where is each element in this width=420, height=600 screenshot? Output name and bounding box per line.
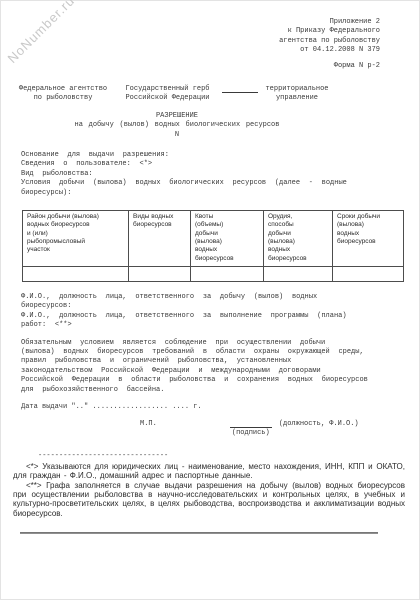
header-gear: Орудия, способы добычи (вылова) водных б… xyxy=(264,211,333,267)
footnote-1: <*> Указываются для юридических лиц - на… xyxy=(13,462,405,481)
header-quotas: Квоты (объемы) добычи (вылова) водных би… xyxy=(191,211,264,267)
responsible-persons-section: Ф.И.О., должность лица, ответственного з… xyxy=(21,293,405,331)
signature-row: М.П. (подпись) (должность, Ф.И.О.) xyxy=(140,420,420,438)
document-subtitle: на добычу (вылов) водных биологических р… xyxy=(21,121,333,130)
document-title-block: РАЗРЕШЕНИЕ на добычу (вылов) водных биол… xyxy=(21,112,333,140)
conditions-line: Условия добычи (вылова) водных биологиче… xyxy=(21,179,405,198)
letterhead-agency: Федеральное агентство по рыболовству xyxy=(13,85,113,104)
user-info-line: Сведения о пользователе: <*> xyxy=(21,160,405,169)
header-area: Район добычи (вылова) водных биоресурсов… xyxy=(23,211,129,267)
intro-section: Основание для выдачи разрешения: Сведени… xyxy=(21,151,405,198)
footnote-separator: ------------------------------- xyxy=(38,452,420,461)
letterhead: Федеральное агентство по рыболовству Гос… xyxy=(13,85,329,104)
fishing-type-line: Вид рыболовства: xyxy=(21,170,405,179)
signature-line xyxy=(230,420,272,428)
empty-cell-quotas xyxy=(191,266,264,281)
empty-cell-species xyxy=(129,266,191,281)
form-number-label: Форма N р-2 xyxy=(0,62,380,71)
table-empty-row xyxy=(23,266,404,281)
empty-cell-terms xyxy=(333,266,404,281)
footnotes-section: <*> Указываются для юридических лиц - на… xyxy=(13,462,405,518)
catch-conditions-table: Район добычи (вылова) водных биоресурсов… xyxy=(22,210,404,282)
signature-caption: (подпись) xyxy=(232,429,270,437)
header-terms: Сроки добычи (вылова) водных биоресурсов xyxy=(333,211,404,267)
header-species: Виды водных биоресурсов xyxy=(129,211,191,267)
letterhead-territorial-office: территориальное управление xyxy=(265,85,329,104)
letterhead-coat-of-arms-label: Государственный герб Российской Федераци… xyxy=(120,85,215,104)
responsible-for-program: Ф.И.О., должность лица, ответственного з… xyxy=(21,312,405,331)
issue-date-line: Дата выдачи ".." .................. ....… xyxy=(21,403,406,412)
document-page: NoNumber.ru Приложение 2 к Приказу Федер… xyxy=(0,0,420,600)
empty-cell-gear xyxy=(264,266,333,281)
responsible-for-catch: Ф.И.О., должность лица, ответственного з… xyxy=(21,293,405,312)
empty-cell-area xyxy=(23,266,129,281)
letterhead-blank-line xyxy=(222,85,258,93)
stamp-place-label: М.П. xyxy=(140,420,157,429)
table-header-row: Район добычи (вылова) водных биоресурсов… xyxy=(23,211,404,267)
obligation-paragraph: Обязательным условием является соблюдени… xyxy=(21,339,405,395)
permit-number-label: N xyxy=(21,131,333,140)
position-caption: (должность, Ф.И.О.) xyxy=(279,420,359,429)
basis-line: Основание для выдачи разрешения: xyxy=(21,151,405,160)
footnote-2: <**> Графа заполняется в случае выдачи р… xyxy=(13,481,405,518)
signature-field: (подпись) xyxy=(230,420,272,438)
bottom-horizontal-rule xyxy=(20,532,378,534)
document-title: РАЗРЕШЕНИЕ xyxy=(21,112,333,121)
